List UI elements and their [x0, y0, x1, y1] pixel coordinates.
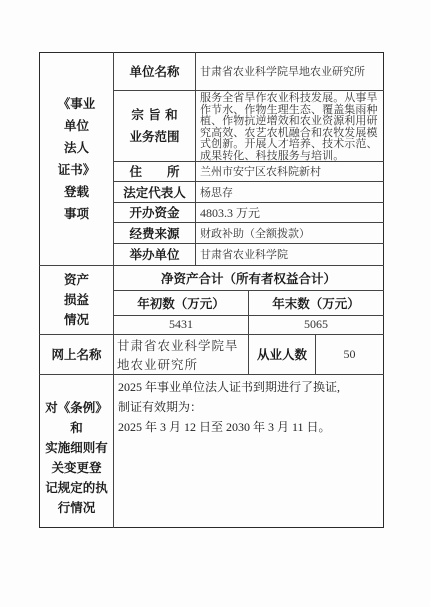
note-line: 2025 年 3 月 12 日至 2030 年 3 月 11 日。 [118, 417, 331, 437]
unit-name-label: 单位名称 [114, 52, 195, 90]
note-line: 2025 年事业单位法人证书到期进行了换证, [118, 377, 340, 397]
year-start-value: 5431 [114, 315, 248, 334]
mission-scope-label: 宗 旨 和 业务范围 [114, 90, 195, 161]
funding-source-label: 经费来源 [114, 222, 195, 243]
compliance-notes: 2025 年事业单位法人证书到期进行了换证, 制证有效期为： 2025 年 3 … [114, 375, 383, 527]
label-line: 业务范围 [129, 126, 179, 148]
sponsor-label: 举办单位 [114, 243, 195, 265]
title-line: 事项 [64, 203, 89, 225]
title-line: 证书》 [58, 159, 96, 181]
unit-name-value: 甘肃省农业科学院旱地农业研究所 [196, 52, 383, 90]
capital-label: 开办资金 [114, 202, 195, 222]
year-end-value: 5065 [249, 315, 383, 334]
address-label: 住 所 [114, 161, 195, 181]
address-value: 兰州市安宁区农科院新村 [196, 161, 383, 181]
year-end-header: 年末数（万元） [249, 290, 383, 315]
label-line: 宗 旨 和 [131, 104, 177, 126]
staff-count-value: 50 [316, 334, 383, 374]
title-line: 法人 [64, 137, 89, 159]
title-line: 情况 [64, 310, 89, 330]
compliance-section-title: 对《条例》 和 实施细则有 关变更登 记规定的执 行情况 [40, 375, 113, 527]
title-line: 关变更登 [51, 458, 101, 478]
sponsor-value: 甘肃省农业科学院 [196, 243, 383, 265]
online-name-label: 网上名称 [40, 334, 113, 374]
online-name-value: 甘肃省农业科学院旱地农业研究所 [115, 335, 247, 374]
note-line: 制证有效期为： [118, 397, 202, 417]
staff-count-label: 从业人数 [249, 334, 315, 374]
capital-value: 4803.3 万元 [196, 202, 383, 222]
title-line: 实施细则有 [45, 438, 108, 458]
title-line: 记规定的执 [45, 478, 108, 498]
legal-rep-label: 法定代表人 [114, 181, 195, 202]
title-line: 单位 [64, 115, 89, 137]
mission-scope-value: 服务全省旱作农业科技发展。从事旱作节水、作物生理生态、覆盖集雨种植、作物抗逆增效… [196, 90, 383, 161]
year-start-header: 年初数（万元） [114, 290, 248, 315]
net-assets-header: 净资产合计（所有者权益合计） [114, 265, 383, 290]
title-line: 资产 [64, 270, 89, 290]
title-line: 《事业 [58, 93, 96, 115]
title-line: 登载 [64, 181, 89, 203]
title-line: 损益 [64, 290, 89, 310]
assets-section-title: 资产 损益 情况 [40, 266, 113, 334]
title-line: 行情况 [58, 498, 96, 518]
registration-section-title: 《事业 单位 法人 证书》 登载 事项 [40, 53, 113, 265]
title-line: 和 [70, 418, 83, 438]
title-line: 对《条例》 [45, 398, 108, 418]
legal-rep-value: 杨思存 [196, 181, 383, 202]
funding-source-value: 财政补助（全额拨款） [196, 222, 383, 243]
